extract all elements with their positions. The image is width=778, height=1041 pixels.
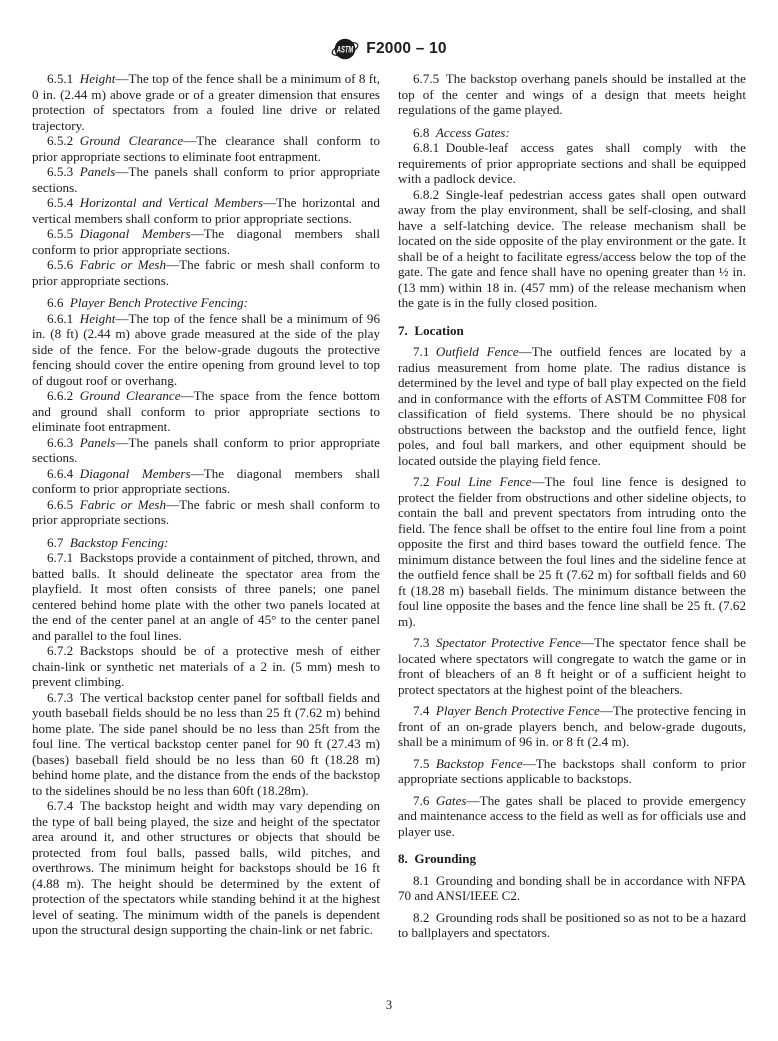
paragraph-label: 6.5.2 [47, 133, 80, 148]
paragraph-title: Foul Line Fence [436, 474, 532, 489]
paragraph-label: 6.6 [47, 295, 70, 310]
paragraph-title: Height [80, 311, 116, 326]
document-body: 6.5.1 Height—The top of the fence shall … [0, 71, 778, 941]
paragraph-7.1: 7.1 Outfield Fence—The outfield fences a… [398, 344, 746, 468]
paragraph-6.8.2: 6.8.2 Single-leaf pedestrian access gate… [398, 187, 746, 311]
paragraph-label: 6.8.1 [413, 140, 446, 155]
paragraph-title: Ground Clearance [80, 388, 181, 403]
paragraph-title: Player Bench Protective Fence [436, 703, 600, 718]
paragraph-6.6.3: 6.6.3 Panels—The panels shall conform to… [32, 435, 380, 466]
paragraph-label: 6.6.5 [47, 497, 80, 512]
paragraph-label: 8.2 [413, 910, 436, 925]
paragraph-label: 6.5.5 [47, 226, 80, 241]
right-column: 6.7.5 The backstop overhang panels shoul… [398, 71, 746, 941]
doc-code: F2000 – 10 [366, 40, 446, 58]
paragraph-6.5.6: 6.5.6 Fabric or Mesh—The fabric or mesh … [32, 257, 380, 288]
paragraph-7.2: 7.2 Foul Line Fence—The foul line fence … [398, 474, 746, 629]
paragraph-6.7.1: 6.7.1 Backstops provide a containment of… [32, 550, 380, 643]
paragraph-6.8.1: 6.8.1 Double-leaf access gates shall com… [398, 140, 746, 187]
paragraph-label: 6.7.5 [413, 71, 446, 86]
paragraph-title: Diagonal Members [80, 226, 191, 241]
page-footer: 3 [0, 998, 778, 1013]
section-heading-7: 7. Location [398, 323, 746, 339]
astm-logo-icon: ASTM [331, 36, 359, 62]
page-number: 3 [386, 998, 392, 1012]
paragraph-7.3: 7.3 Spectator Protective Fence—The spect… [398, 635, 746, 697]
paragraph-label: 7.5 [413, 756, 436, 771]
paragraph-title: Player Bench Protective Fencing: [70, 295, 248, 310]
paragraph-label: 6.6.2 [47, 388, 80, 403]
paragraph-title: Spectator Protective Fence [436, 635, 581, 650]
paragraph-6.6.5: 6.6.5 Fabric or Mesh—The fabric or mesh … [32, 497, 380, 528]
paragraph-label: 6.5.1 [47, 71, 80, 86]
paragraph-6.5.5: 6.5.5 Diagonal Members—The diagonal memb… [32, 226, 380, 257]
paragraph-title: Panels [80, 164, 116, 179]
svg-text:ASTM: ASTM [336, 45, 354, 56]
paragraph-label: 6.6.4 [47, 466, 80, 481]
paragraph-title: Backstop Fence [436, 756, 523, 771]
paragraph-title: Backstop Fencing: [70, 535, 169, 550]
paragraph-6.5.3: 6.5.3 Panels—The panels shall conform to… [32, 164, 380, 195]
paragraph-label: 6.5.4 [47, 195, 80, 210]
paragraph-7.5: 7.5 Backstop Fence—The backstops shall c… [398, 756, 746, 787]
paragraph-label: 6.5.3 [47, 164, 80, 179]
paragraph-label: 7.1 [413, 344, 436, 359]
paragraph-label: 7.2 [413, 474, 436, 489]
paragraph-label: 6.6.1 [47, 311, 80, 326]
paragraph-label: 8.1 [413, 873, 436, 888]
paragraph-label: 6.5.6 [47, 257, 80, 272]
page-header: ASTM F2000 – 10 [0, 0, 778, 62]
paragraph-title: Access Gates: [436, 125, 510, 140]
paragraph-label: 6.7.3 [47, 690, 80, 705]
paragraph-6.8: 6.8 Access Gates: [398, 125, 746, 141]
paragraph-label: 6.6.3 [47, 435, 80, 450]
paragraph-7.6: 7.6 Gates—The gates shall be placed to p… [398, 793, 746, 840]
paragraph-6.5.2: 6.5.2 Ground Clearance—The clearance sha… [32, 133, 380, 164]
paragraph-title: Fabric or Mesh [80, 257, 166, 272]
paragraph-label: 7.3 [413, 635, 436, 650]
paragraph-6.5.1: 6.5.1 Height—The top of the fence shall … [32, 71, 380, 133]
paragraph-6.7.2: 6.7.2 Backstops should be of a protectiv… [32, 643, 380, 690]
paragraph-6.7.3: 6.7.3 The vertical backstop center panel… [32, 690, 380, 799]
paragraph-label: 6.7 [47, 535, 70, 550]
paragraph-label: 6.8.2 [413, 187, 446, 202]
paragraph-6.6.2: 6.6.2 Ground Clearance—The space from th… [32, 388, 380, 435]
paragraph-6.6.4: 6.6.4 Diagonal Members—The diagonal memb… [32, 466, 380, 497]
paragraph-6.6.1: 6.6.1 Height—The top of the fence shall … [32, 311, 380, 389]
paragraph-8.1: 8.1 Grounding and bonding shall be in ac… [398, 873, 746, 904]
paragraph-7.4: 7.4 Player Bench Protective Fence—The pr… [398, 703, 746, 750]
paragraph-title: Horizontal and Vertical Members [80, 195, 263, 210]
paragraph-label: 6.8 [413, 125, 436, 140]
paragraph-8.2: 8.2 Grounding rods shall be positioned s… [398, 910, 746, 941]
paragraph-title: Outfield Fence [436, 344, 519, 359]
paragraph-title: Ground Clearance [80, 133, 183, 148]
paragraph-6.7: 6.7 Backstop Fencing: [32, 535, 380, 551]
paragraph-label: 6.7.4 [47, 798, 80, 813]
section-heading-8: 8. Grounding [398, 851, 746, 867]
paragraph-6.6: 6.6 Player Bench Protective Fencing: [32, 295, 380, 311]
paragraph-label: 7.4 [413, 703, 436, 718]
paragraph-title: Gates [436, 793, 467, 808]
paragraph-6.5.4: 6.5.4 Horizontal and Vertical Members—Th… [32, 195, 380, 226]
paragraph-title: Diagonal Members [80, 466, 191, 481]
left-column: 6.5.1 Height—The top of the fence shall … [32, 71, 380, 941]
paragraph-6.7.5: 6.7.5 The backstop overhang panels shoul… [398, 71, 746, 118]
paragraph-label: 6.7.1 [47, 550, 80, 565]
paragraph-title: Fabric or Mesh [80, 497, 166, 512]
paragraph-label: 6.7.2 [47, 643, 80, 658]
paragraph-6.7.4: 6.7.4 The backstop height and width may … [32, 798, 380, 938]
paragraph-label: 7.6 [413, 793, 436, 808]
paragraph-title: Panels [80, 435, 116, 450]
document-page: ASTM F2000 – 10 6.5.1 Height—The top of … [0, 0, 778, 1041]
paragraph-title: Height [80, 71, 116, 86]
